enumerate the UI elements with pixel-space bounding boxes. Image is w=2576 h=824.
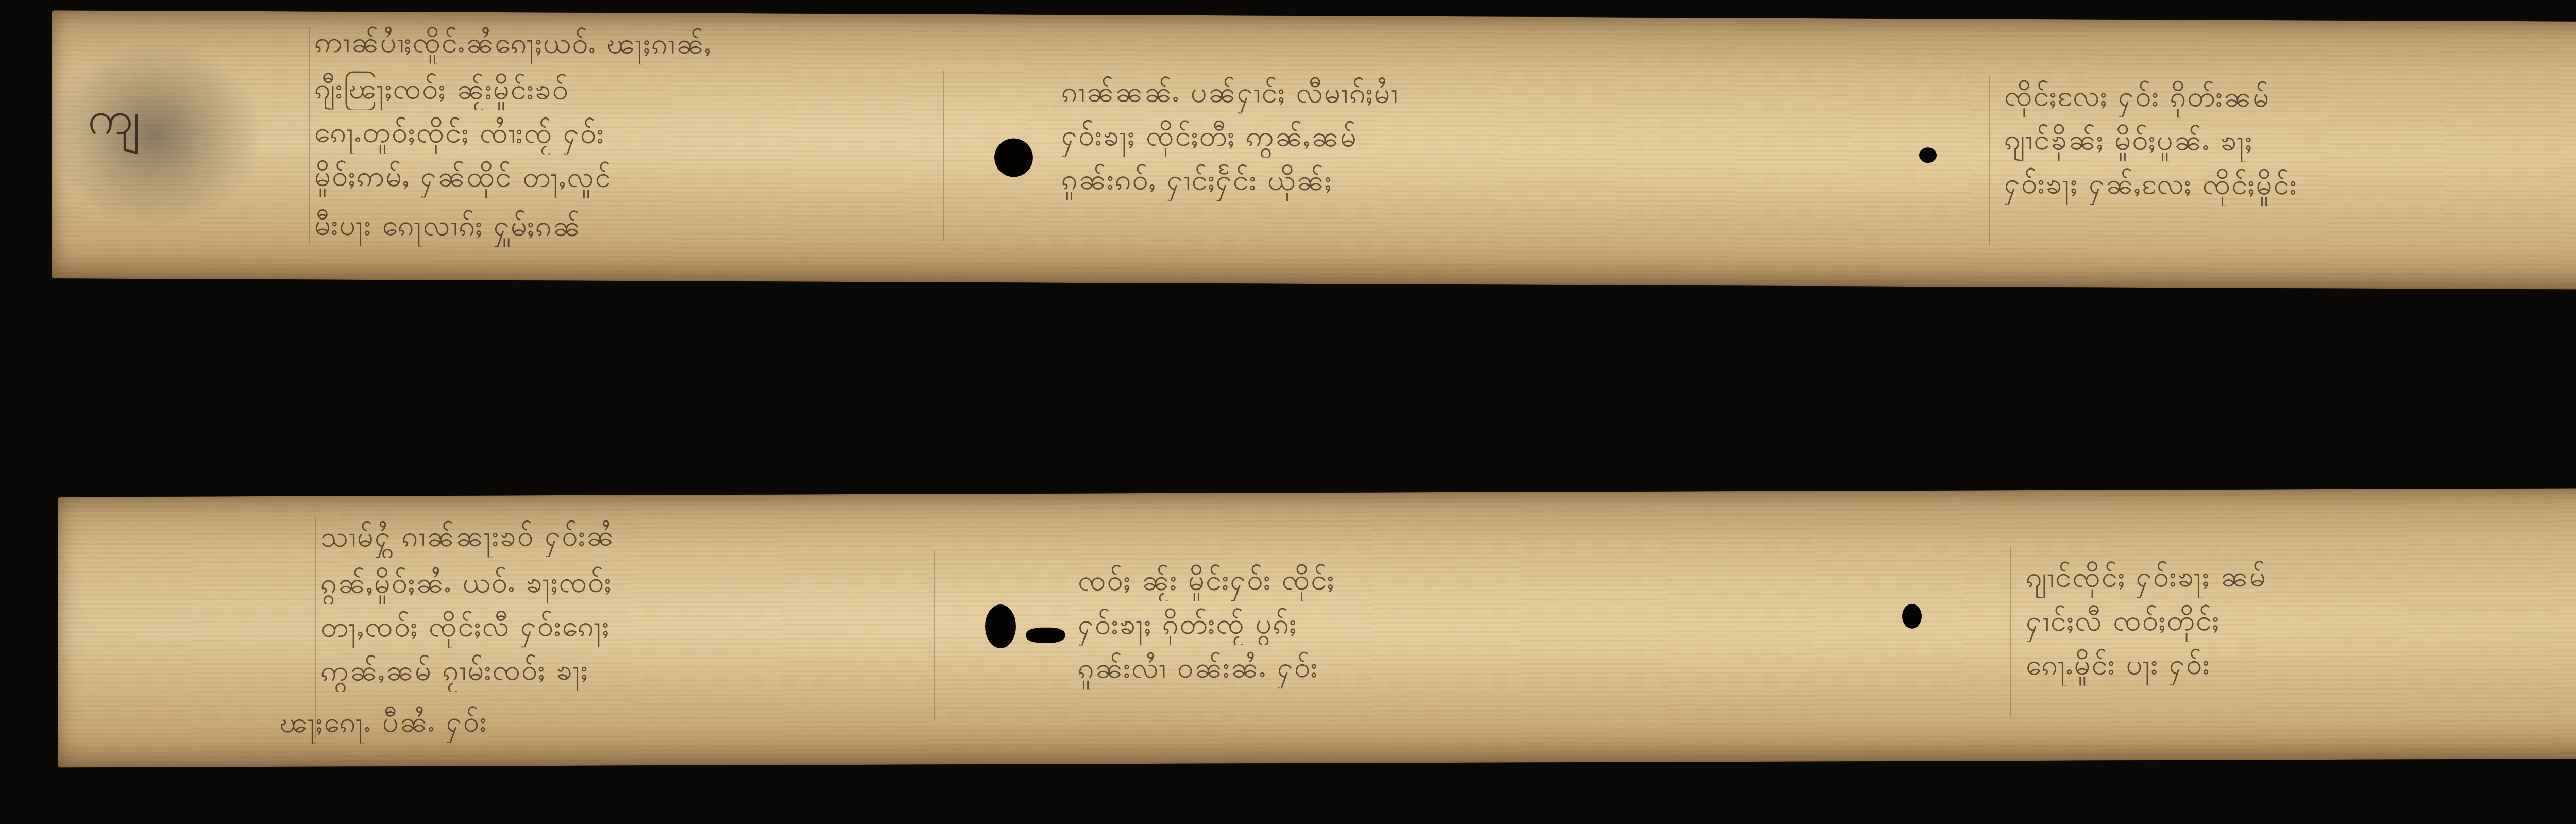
string-hole [994, 138, 1033, 177]
manuscript-leaf-top: ကျ ဢၢၼ်ပၢႆႈၸိူင်ႉၼႆၵေႃႈယဝ်ႉ ၽႃႈၵၢၼ်ႇ ၵျီ… [52, 10, 2576, 291]
text-line: ႁဝ်းၶႃႈ ၸိုင်ႈတီႈ ဢွၼ်ႇၼမ် [1061, 115, 1978, 161]
text-line: မိူဝ်ႈဢမ်ႇ ႁၼ်ထိုင် တႃႇလူင် [314, 156, 933, 199]
text-line: ၽႃႈၵေႃႉ ပီၼႆႉ ႁဝ်း [279, 694, 2576, 744]
text-line: ၵူၼ်းၵဝ်ႇ ႁၢင်ႈႁႅင်း ယိုၼ်ႈ [1061, 159, 1978, 205]
hole-tear [1026, 628, 1065, 643]
column-rule [2010, 547, 2011, 717]
text-line: ၵျီးၽြႃႈၸဝ်ႈ ၼႂ်းမိူင်းၶဝ် [314, 68, 933, 112]
text-line: ဢွၼ်ႇၼမ် ၵႂၢမ်းၸဝ်ႈ ၶႃႈ [320, 649, 923, 692]
column-rule [934, 550, 935, 720]
text-line: ဢၢၼ်ပၢႆႈၸိူင်ႉၼႆၵေႃႈယဝ်ႉ ၽႃႈၵၢၼ်ႇ [314, 22, 2576, 73]
text-line: ႁၢင်ႈလီ ၸဝ်ႈတိုင်ႈ [2026, 599, 2576, 642]
folio-number-mark: ကျ [88, 88, 140, 157]
text-line: သၢမ်ႁွႆ ၵၢၼ်ၼႃးၶဝ် ႁဝ်းၼႆ [320, 509, 2576, 558]
text-line: ၵၢၼ်ၼၼ်ႉ ပၼ်ႁၢင်ႈ လီမၢၵ်ႈမၢႆ [1061, 72, 1978, 117]
margin-rule [309, 27, 310, 243]
string-hole [985, 604, 1016, 648]
text-line: ႁဝ်းၶႃႈ ႁၼ်ႇလႄႈ ၸိုင်ႈမိူင်း [2004, 163, 2576, 207]
text-line: ၵေႃႉတူဝ်ႈၸိုင်ႈ ၸၢႆးၸႂ် ႁဝ်း [314, 112, 933, 156]
manuscript-leaf-bottom: သၢမ်ႁွႆ ၵၢၼ်ၼႃးၶဝ် ႁဝ်းၼႆ ၵွၼ်ႇမိူဝ်ႈၼႆႉ… [58, 487, 2576, 768]
text-line: ၵွၼ်ႇမိူဝ်ႈၼႆႉ ယဝ်ႉ ၶႃႈၸဝ်ႈ [320, 561, 923, 604]
text-line: ၵျၢင်ၸိုင်ႈ ႁဝ်းၶႃႈ ၼမ် [2026, 555, 2576, 598]
text-line: တႃႇၸဝ်ႈ ၸိုင်ႈလီ ႁဝ်းၵေႃႈ [320, 605, 923, 648]
text-line: ၵူၼ်းလၢႆ ဝၼ်းၼႆႉ ႁဝ်း [1078, 645, 2000, 689]
text-line: ၸဝ်ႈ ၼႂ်း မိူင်းႁဝ်း ၸိုင်ႈ [1078, 557, 2000, 601]
water-stain [46, 41, 263, 228]
text-line: ၸိုင်ႈလႄႈ ႁဝ်း ၵိုတ်းၼမ် [2004, 76, 2576, 120]
text-line: ၵေႃႉမိူင်း ပႃး ႁဝ်း [2026, 643, 2576, 686]
text-line: မီးပႃး ၵေႃလၢၵ်ႈ ႁူမ်ႈၵၼ် [314, 205, 2576, 256]
text-line: ၵျၢင်ၶိုၼ်ႈ မိူဝ်ႈပူၼ်ႉ ၶႃႈ [2004, 120, 2576, 163]
text-line: ႁဝ်းၶႃႈ ၵိုတ်းၸႂ် ပွၵ်ႈ [1078, 601, 2000, 645]
